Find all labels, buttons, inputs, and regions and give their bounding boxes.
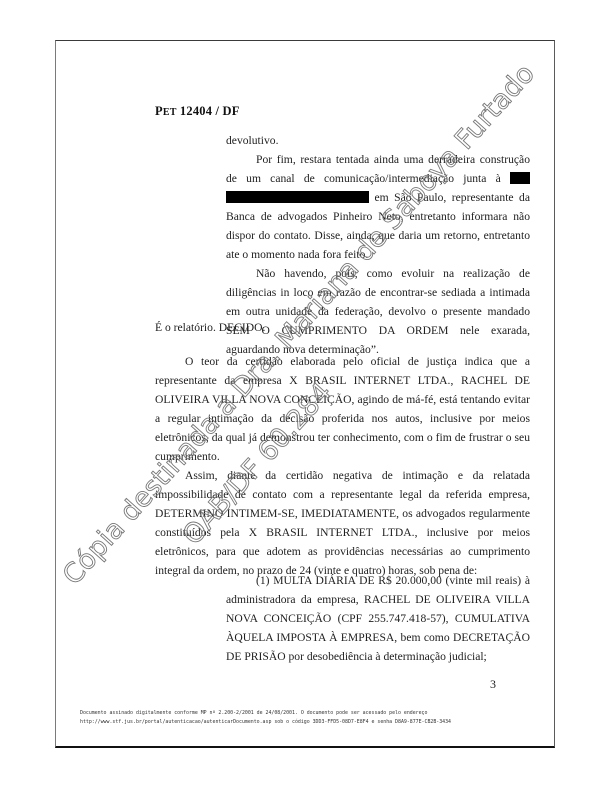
body-paragraph-1: O teor da certidão elaborada pelo oficia… [155, 352, 530, 466]
quote-paragraph-3: Não havendo, pois, como evoluir na reali… [226, 264, 530, 359]
quote-paragraph-2-part-1: Por fim, restara tentada ainda uma derra… [226, 153, 530, 185]
decision-body: O teor da certidão elaborada pelo oficia… [155, 352, 530, 580]
quote-paragraph-1: devolutivo. [226, 131, 530, 150]
digital-signature-footer: Documento assinado digitalmente conforme… [80, 709, 540, 727]
body-paragraph-2: Assim, diante da certidão negativa de in… [155, 466, 530, 580]
quote-paragraph-2: Por fim, restara tentada ainda uma derra… [226, 150, 530, 264]
footer-line-2: http://www.stf.jus.br/portal/autenticaca… [80, 718, 540, 727]
case-header: PET 12404 / DF [155, 104, 240, 119]
case-prefix-rest: ET [163, 107, 177, 118]
redaction-bar [226, 191, 369, 203]
decision-line: É o relatório. DECIDO. [155, 318, 530, 337]
footer-line-1: Documento assinado digitalmente conforme… [80, 709, 540, 718]
page-number: 3 [490, 677, 496, 692]
case-number: 12404 / DF [180, 104, 240, 118]
redaction-bar [510, 172, 530, 184]
case-prefix-initial: P [155, 104, 163, 118]
penalty-item-1: (1) MULTA DIÁRIA DE R$ 20.000,00 (vinte … [226, 571, 530, 666]
